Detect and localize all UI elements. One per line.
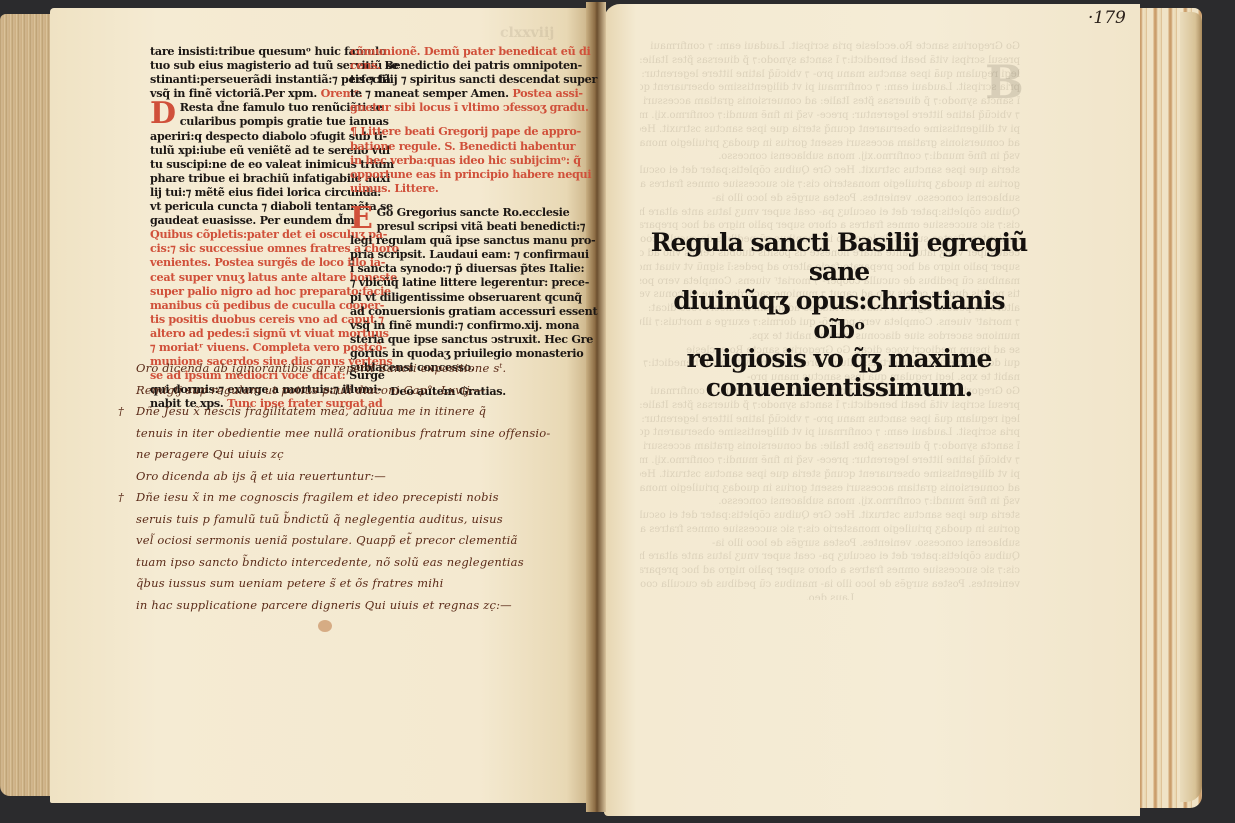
cross-mark-icon: †: [118, 487, 124, 509]
printed-line: te ⁊ maneat semper Amen. Postea assi-: [350, 86, 546, 100]
printed-line: Go Gregorius sancte Ro.ecclesie: [350, 205, 546, 219]
printed-line: phare tribue ei brachiũ infatigabile au…: [150, 171, 346, 185]
handwritten-line: q̃bus iussus sum ueniam petere s̃ et õs…: [118, 573, 568, 595]
printed-line: ⁊ moriatʳ viuens. Completa vero postcõ-: [150, 340, 346, 354]
printed-line: ¶ Littere beati Gregorij pape de appro-: [350, 124, 546, 138]
printed-line: Resta d̃ne famulo tuo renũciãti se: [150, 100, 346, 114]
printed-line: stinanti:perseuerãdi instantiã:⁊ perfe…: [150, 72, 346, 86]
column-1-initial-lines: Resta d̃ne famulo tuo renũciãti secula…: [150, 100, 346, 227]
left-page-column-1: tare insisti:tribue quesumᵒ huic famulot…: [150, 44, 346, 410]
printed-line: batione regule. S. Benedicti habentur: [350, 139, 546, 153]
handwritten-line: †Dñe iesu x̃ in me cognoscis fragilem e…: [118, 487, 568, 509]
printed-line: ad conuersionis gratiam accessuri essent: [350, 304, 546, 318]
printed-line: opportune eas in principio habere nequi: [350, 167, 546, 181]
cross-mark-icon: †: [118, 401, 124, 423]
left-page-column-2: cõmunionẽ. Demũ pater benedicat eũ d…: [350, 44, 546, 398]
ghost-running-head: clxxviij: [500, 25, 554, 41]
printed-line: ⁊ vbicũq̃ latine littere legerentur: pr…: [350, 275, 546, 289]
column-1-top-lines: tare insisti:tribue quesumᵒ huic famulot…: [150, 44, 346, 100]
printed-line: gnetur sibi locus ī vltimo ↄfessoʒ gradu…: [350, 100, 546, 114]
book-gutter: [586, 2, 606, 812]
title-line: Regula sancti Basilij egregiũ sane: [644, 228, 1034, 286]
letter-initial-block: E Go Gregorius sancte Ro.ecclesiepresul …: [350, 205, 546, 374]
right-fore-edge-outer: [1180, 12, 1202, 802]
printed-line: cularibus pompis gratie tue ianuas: [150, 114, 346, 128]
manuscript-annotations: Oro dicenda ab iginorantibus q̃r reperit…: [118, 358, 568, 616]
printed-line: gaudeat euasisse. Per eundem d̃m.: [150, 213, 346, 227]
printed-line: super palio nigro ad hoc preparato:facie: [150, 284, 346, 298]
printed-line: legi regulam quã ipse sanctus manu pro-: [350, 233, 546, 247]
printed-line: cis:⁊ sic successiue omnes fratres a cho…: [150, 241, 346, 255]
printed-line: tu suscipi:ne de eo valeat inimicus triu…: [150, 157, 346, 171]
handwritten-line: tenuis in iter obedientie mee nullã ora…: [118, 423, 568, 445]
printed-line: ceat super vnuʒ latus ante altare honest…: [150, 270, 346, 284]
rubricated-initial-d: D: [150, 101, 176, 127]
printed-line: steria que ipse sanctus ↄstruxit. Hec Gr…: [350, 332, 546, 346]
folio-number: ·179: [1088, 8, 1126, 28]
handwritten-line: in hac supplicatione parcere digneris Qu…: [118, 595, 568, 617]
ink-stain: [318, 620, 332, 632]
column-2-top-lines: cõmunionẽ. Demũ pater benedicat eũ d…: [350, 44, 546, 114]
printed-line: tare insisti:tribue quesumᵒ huic famulo: [150, 44, 346, 58]
title-regula-sancti-basilii: Regula sancti Basilij egregiũ sanediuin…: [644, 228, 1034, 402]
printed-line: ī sancta synodo:⁊ p̃ diuersas p̃tes Ital…: [350, 261, 546, 275]
printed-line: aperiri:q despecto diabolo ↄfugit sub ti…: [150, 129, 346, 143]
printed-line: Quibus cõpletis:pater det ei osculuʒ pa…: [150, 227, 346, 241]
letter-lines: Go Gregorius sancte Ro.ecclesiepresul sc…: [350, 205, 546, 374]
handwritten-line: Oro dicenda ab iginorantibus q̃r reperit…: [118, 358, 568, 380]
handwritten-line: Oro dicenda ab ijs q̃ et uia reuertuntur…: [118, 466, 568, 488]
handwritten-line: †Dñe Jesu x̃ nescis fragilitatem meã, …: [118, 401, 568, 423]
printed-line: lij tui:⁊ mẽtẽ eius fidei lorica circu…: [150, 185, 346, 199]
handwritten-line: Remigij sup regulam ut potius pauli diac…: [118, 380, 568, 402]
printed-line: vsq̃ in finẽ victoriã.Per xpm. Oremᵒ.: [150, 86, 346, 100]
printed-line: uimus. Littere.: [350, 181, 546, 195]
printed-line: tis positis duobus cereis vno ad caput ⁊: [150, 312, 346, 326]
rubricated-initial-e: E: [350, 206, 373, 232]
left-fore-edge: [0, 14, 54, 796]
printed-line: tis ⁊ filij ⁊ spiritus sancti descendat …: [350, 72, 546, 86]
handwritten-line: tuam ipso sancto b̃ndicto intercedente, …: [118, 552, 568, 574]
printed-line: cõmunionẽ. Demũ pater benedicat eũ d…: [350, 44, 546, 58]
printed-line: cens. Benedictio dei patris omnipoten-: [350, 58, 546, 72]
printed-line: vsq̃ in finẽ mundi:⁊ confirmo.xij. mona: [350, 318, 546, 332]
printed-line: altero ad pedes:ī signũ vt viuat mortuu…: [150, 326, 346, 340]
printed-line: vt pericula cuncta ⁊ diaboli tentamẽta …: [150, 199, 346, 213]
handwritten-line: seruis tuis p famulũ tuũ b̃ndictũ q̃ …: [118, 509, 568, 531]
printed-line: pria scripsit. Laudaui eam: ⁊ confirmaui: [350, 247, 546, 261]
title-line: diuinũqʒ opus:christianis oĩbᵒ: [644, 286, 1034, 344]
handwritten-line: vel̃ ociosi sermonis ueniã postulare. Q…: [118, 530, 568, 552]
printed-line: manibus cũ pedibus de cuculla cooper-: [150, 298, 346, 312]
printed-line: tulũ xpi:iube eũ veniẽtẽ ad te seren…: [150, 143, 346, 157]
title-line: religiosis vo q̃ʒ maxime: [644, 344, 1034, 373]
letter-heading-lines: ¶ Littere beati Gregorij pape de appro-b…: [350, 124, 546, 194]
title-line: conuenientissimum.: [644, 373, 1034, 402]
handwritten-line: ne peragere Qui uiuis zc̣: [118, 444, 568, 466]
printed-line: presul scripsi vitã beati benedicti:⁊: [350, 219, 546, 233]
printed-line: venientes. Postea surgẽs de loco illo i…: [150, 255, 346, 269]
printed-line: pi vt diligentissime obseruarent qcunq̃: [350, 290, 546, 304]
printed-line: in hec verba:quas ideo hic subijcimᵒ: q̃: [350, 153, 546, 167]
initial-block: D Resta d̃ne famulo tuo renũciãti secu…: [150, 100, 346, 227]
printed-line: tuo sub eius magisterio ad tuũ servitiũ…: [150, 58, 346, 72]
